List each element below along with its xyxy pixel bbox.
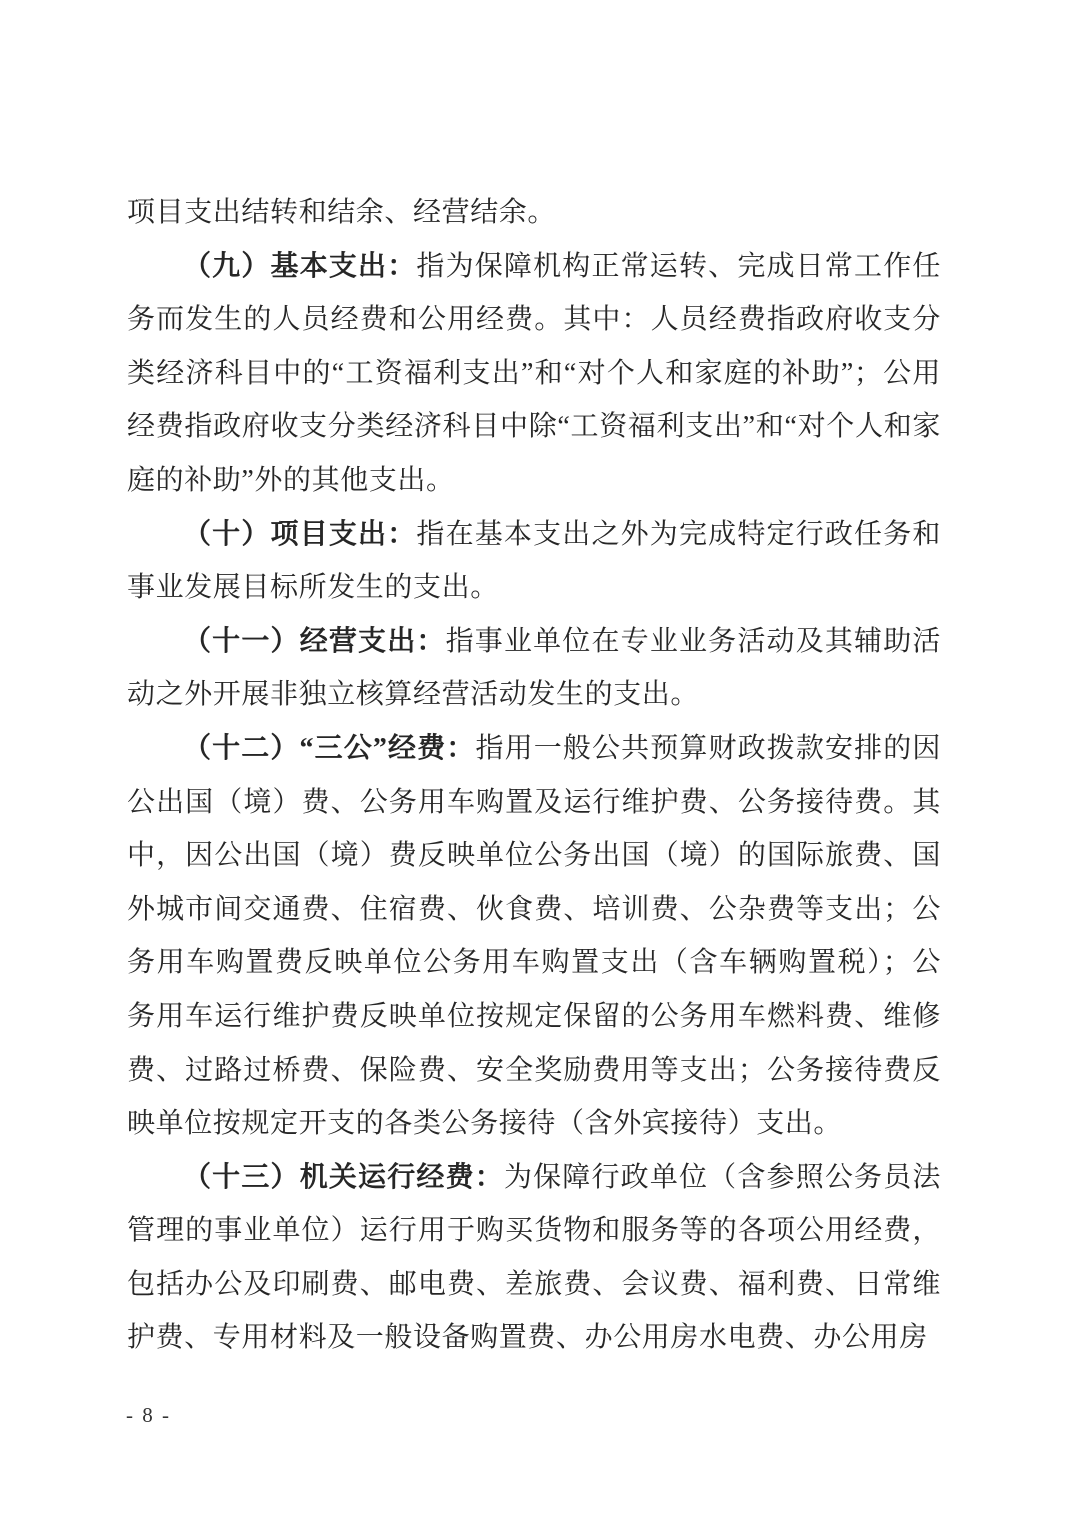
page-number: - 8 - [126,1400,171,1430]
paragraph-text: 指为保障机构正常运转、完成日常工作任务而发生的人员经费和公用经费。其中：人员经费… [127,251,941,496]
paragraph-item-nine: （九）基本支出：指为保障机构正常运转、完成日常工作任务而发生的人员经费和公用经费… [127,240,941,508]
paragraph-item-eleven: （十一）经营支出：指事业单位在专业业务活动及其辅助活动之外开展非独立核算经营活动… [127,615,941,722]
term-label-operating-expenditure: （十一）经营支出： [183,626,446,657]
paragraph-continuation: 项目支出结转和结余、经营结余。 [127,186,941,240]
document-page: 项目支出结转和结余、经营结余。 （九）基本支出：指为保障机构正常运转、完成日常工… [0,0,1075,1520]
paragraph-item-thirteen: （十三）机关运行经费：为保障行政单位（含参照公务员法管理的事业单位）运行用于购买… [127,1151,941,1365]
term-label-agency-operating-funds: （十三）机关运行经费： [183,1162,504,1193]
paragraph-item-twelve: （十二）“三公”经费：指用一般公共预算财政拨款安排的因公出国（境）费、公务用车购… [127,722,941,1151]
paragraph-item-ten: （十）项目支出：指在基本支出之外为完成特定行政任务和事业发展目标所发生的支出。 [127,508,941,615]
document-body: 项目支出结转和结余、经营结余。 （九）基本支出：指为保障机构正常运转、完成日常工… [127,186,941,1365]
term-label-project-expenditure: （十）项目支出： [183,519,416,550]
term-label-basic-expenditure: （九）基本支出： [183,251,416,282]
paragraph-text: 指用一般公共预算财政拨款安排的因公出国（境）费、公务用车购置及运行维护费、公务接… [127,733,941,1139]
paragraph-text: 项目支出结转和结余、经营结余。 [127,197,556,228]
term-label-three-public-funds: （十二）“三公”经费： [183,733,475,764]
